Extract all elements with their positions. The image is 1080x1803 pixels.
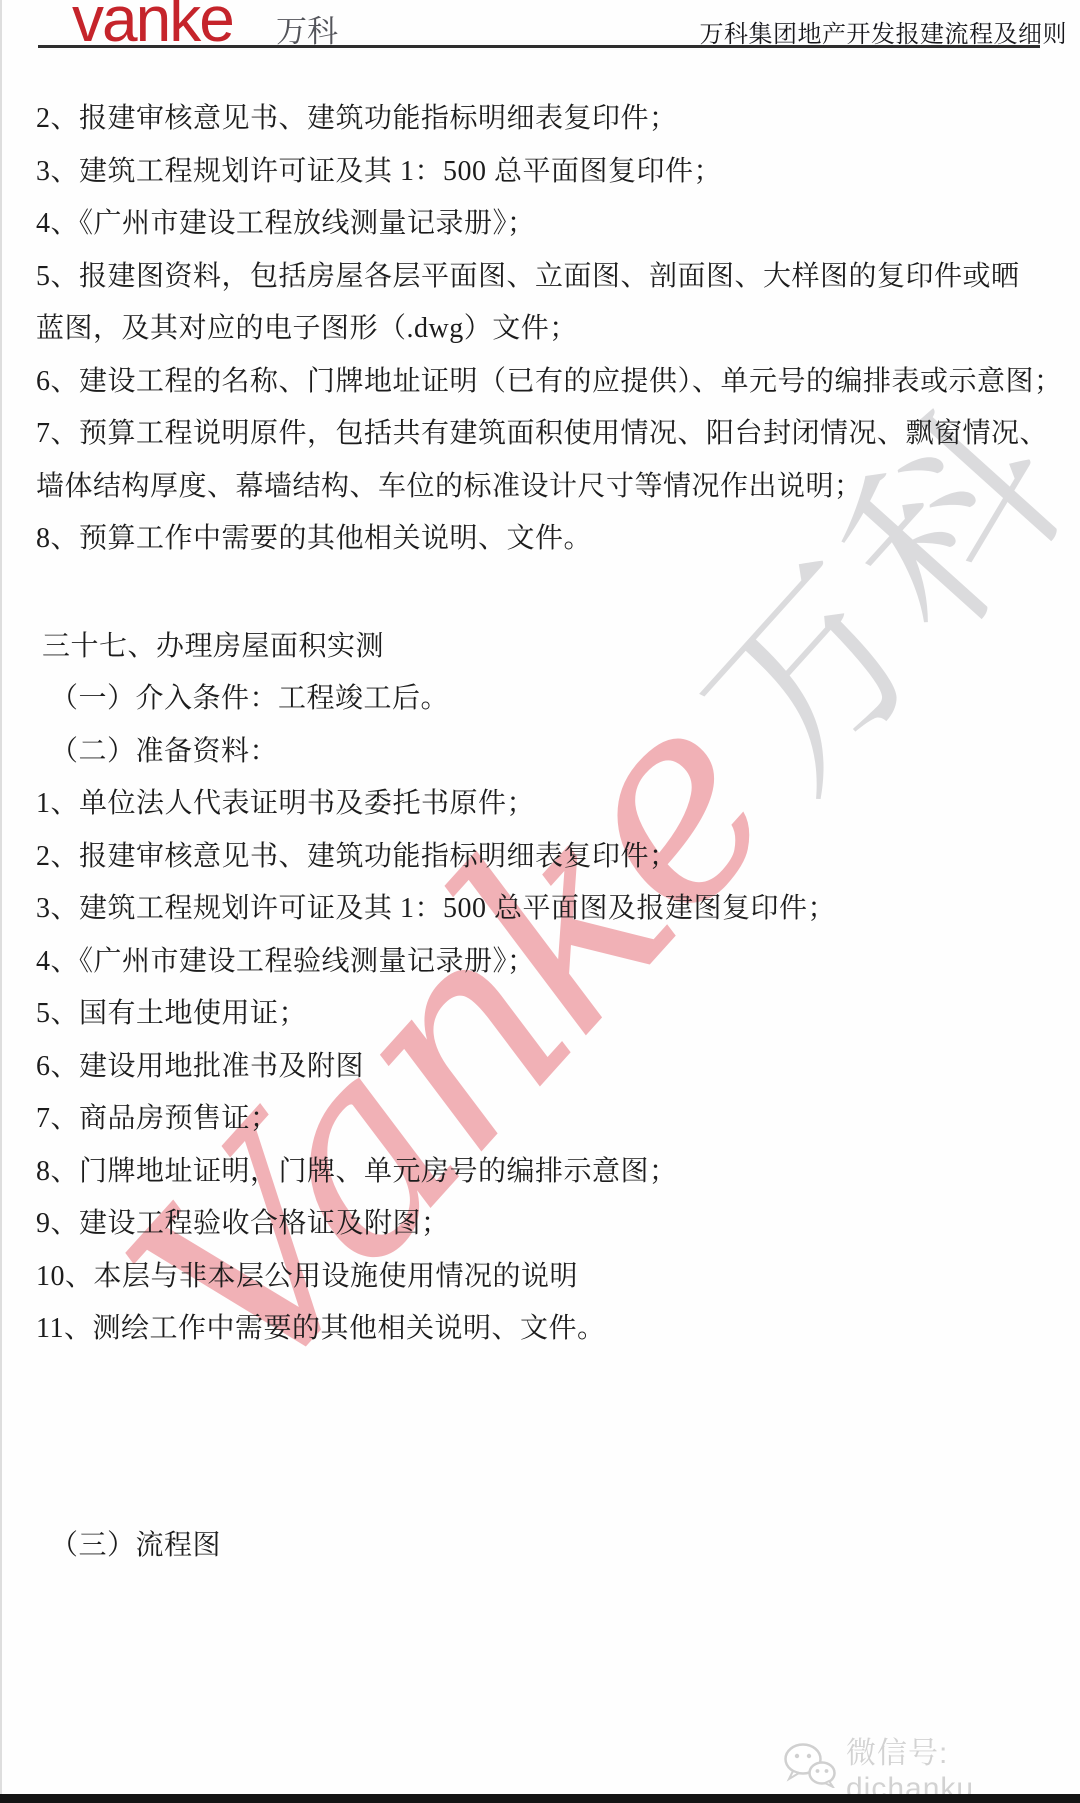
doc-line: 5、报建图资料，包括房屋各层平面图、立面图、剖面图、大样图的复印件或晒	[36, 251, 1070, 304]
doc-line: 3、建筑工程规划许可证及其 1：500 总平面图复印件；	[36, 146, 1070, 199]
bottom-scan-bar	[0, 1794, 1080, 1803]
doc-line: 7、预算工程说明原件，包括共有建筑面积使用情况、阳台封闭情况、飘窗情况、	[36, 408, 1070, 461]
document-body: 2、报建审核意见书、建筑功能指标明细表复印件； 3、建筑工程规划许可证及其 1：…	[36, 93, 1070, 1572]
doc-line: 2、报建审核意见书、建筑功能指标明细表复印件；	[36, 831, 1070, 884]
doc-line: 6、建设工程的名称、门牌地址证明（已有的应提供）、单元号的编排表或示意图；	[36, 356, 1070, 409]
doc-line: 4、《广州市建设工程放线测量记录册》；	[36, 198, 1070, 251]
doc-line: 5、国有土地使用证；	[36, 988, 1070, 1041]
doc-line: 8、预算工作中需要的其他相关说明、文件。	[36, 513, 1070, 566]
header-rule	[38, 45, 1040, 48]
doc-line: 11、测绘工作中需要的其他相关说明、文件。	[36, 1303, 1070, 1356]
doc-line: 7、商品房预售证；	[36, 1093, 1070, 1146]
doc-line: 2、报建审核意见书、建筑功能指标明细表复印件；	[36, 93, 1070, 146]
document-page: vanke 万科 万科集团地产开发报建流程及细则 Vanke万科 2、报建审核意…	[0, 0, 1080, 1803]
wechat-icon	[783, 1742, 837, 1793]
doc-line-continuation: 墙体结构厚度、幕墙结构、车位的标准设计尺寸等情况作出说明；	[36, 461, 1070, 514]
doc-line: 1、单位法人代表证明书及委托书原件；	[36, 778, 1070, 831]
document-header-title: 万科集团地产开发报建流程及细则	[700, 14, 1068, 49]
page-left-edge	[0, 0, 2, 1803]
doc-line: 10、本层与非本层公用设施使用情况的说明	[36, 1251, 1070, 1304]
doc-line-continuation: 蓝图，及其对应的电子图形（.dwg）文件；	[36, 303, 1070, 356]
subsection-label: （一）介入条件：工程竣工后。	[36, 673, 1070, 726]
footer-wechat-id: 微信号: dichanku	[783, 1728, 1080, 1803]
doc-line: 9、建设工程验收合格证及附图；	[36, 1198, 1070, 1251]
doc-line: 3、建筑工程规划许可证及其 1：500 总平面图及报建图复印件；	[36, 883, 1070, 936]
section-heading: 三十七、办理房屋面积实测	[36, 621, 1070, 674]
subsection-label: （二）准备资料：	[36, 726, 1070, 779]
doc-line: 6、建设用地批准书及附图	[36, 1041, 1070, 1094]
doc-line: 4、《广州市建设工程验线测量记录册》；	[36, 936, 1070, 989]
doc-line: 8、门牌地址证明，门牌、单元房号的编排示意图；	[36, 1146, 1070, 1199]
wechat-id-label: 微信号: dichanku	[846, 1728, 1080, 1803]
subsection-label: （三）流程图	[36, 1520, 1070, 1573]
